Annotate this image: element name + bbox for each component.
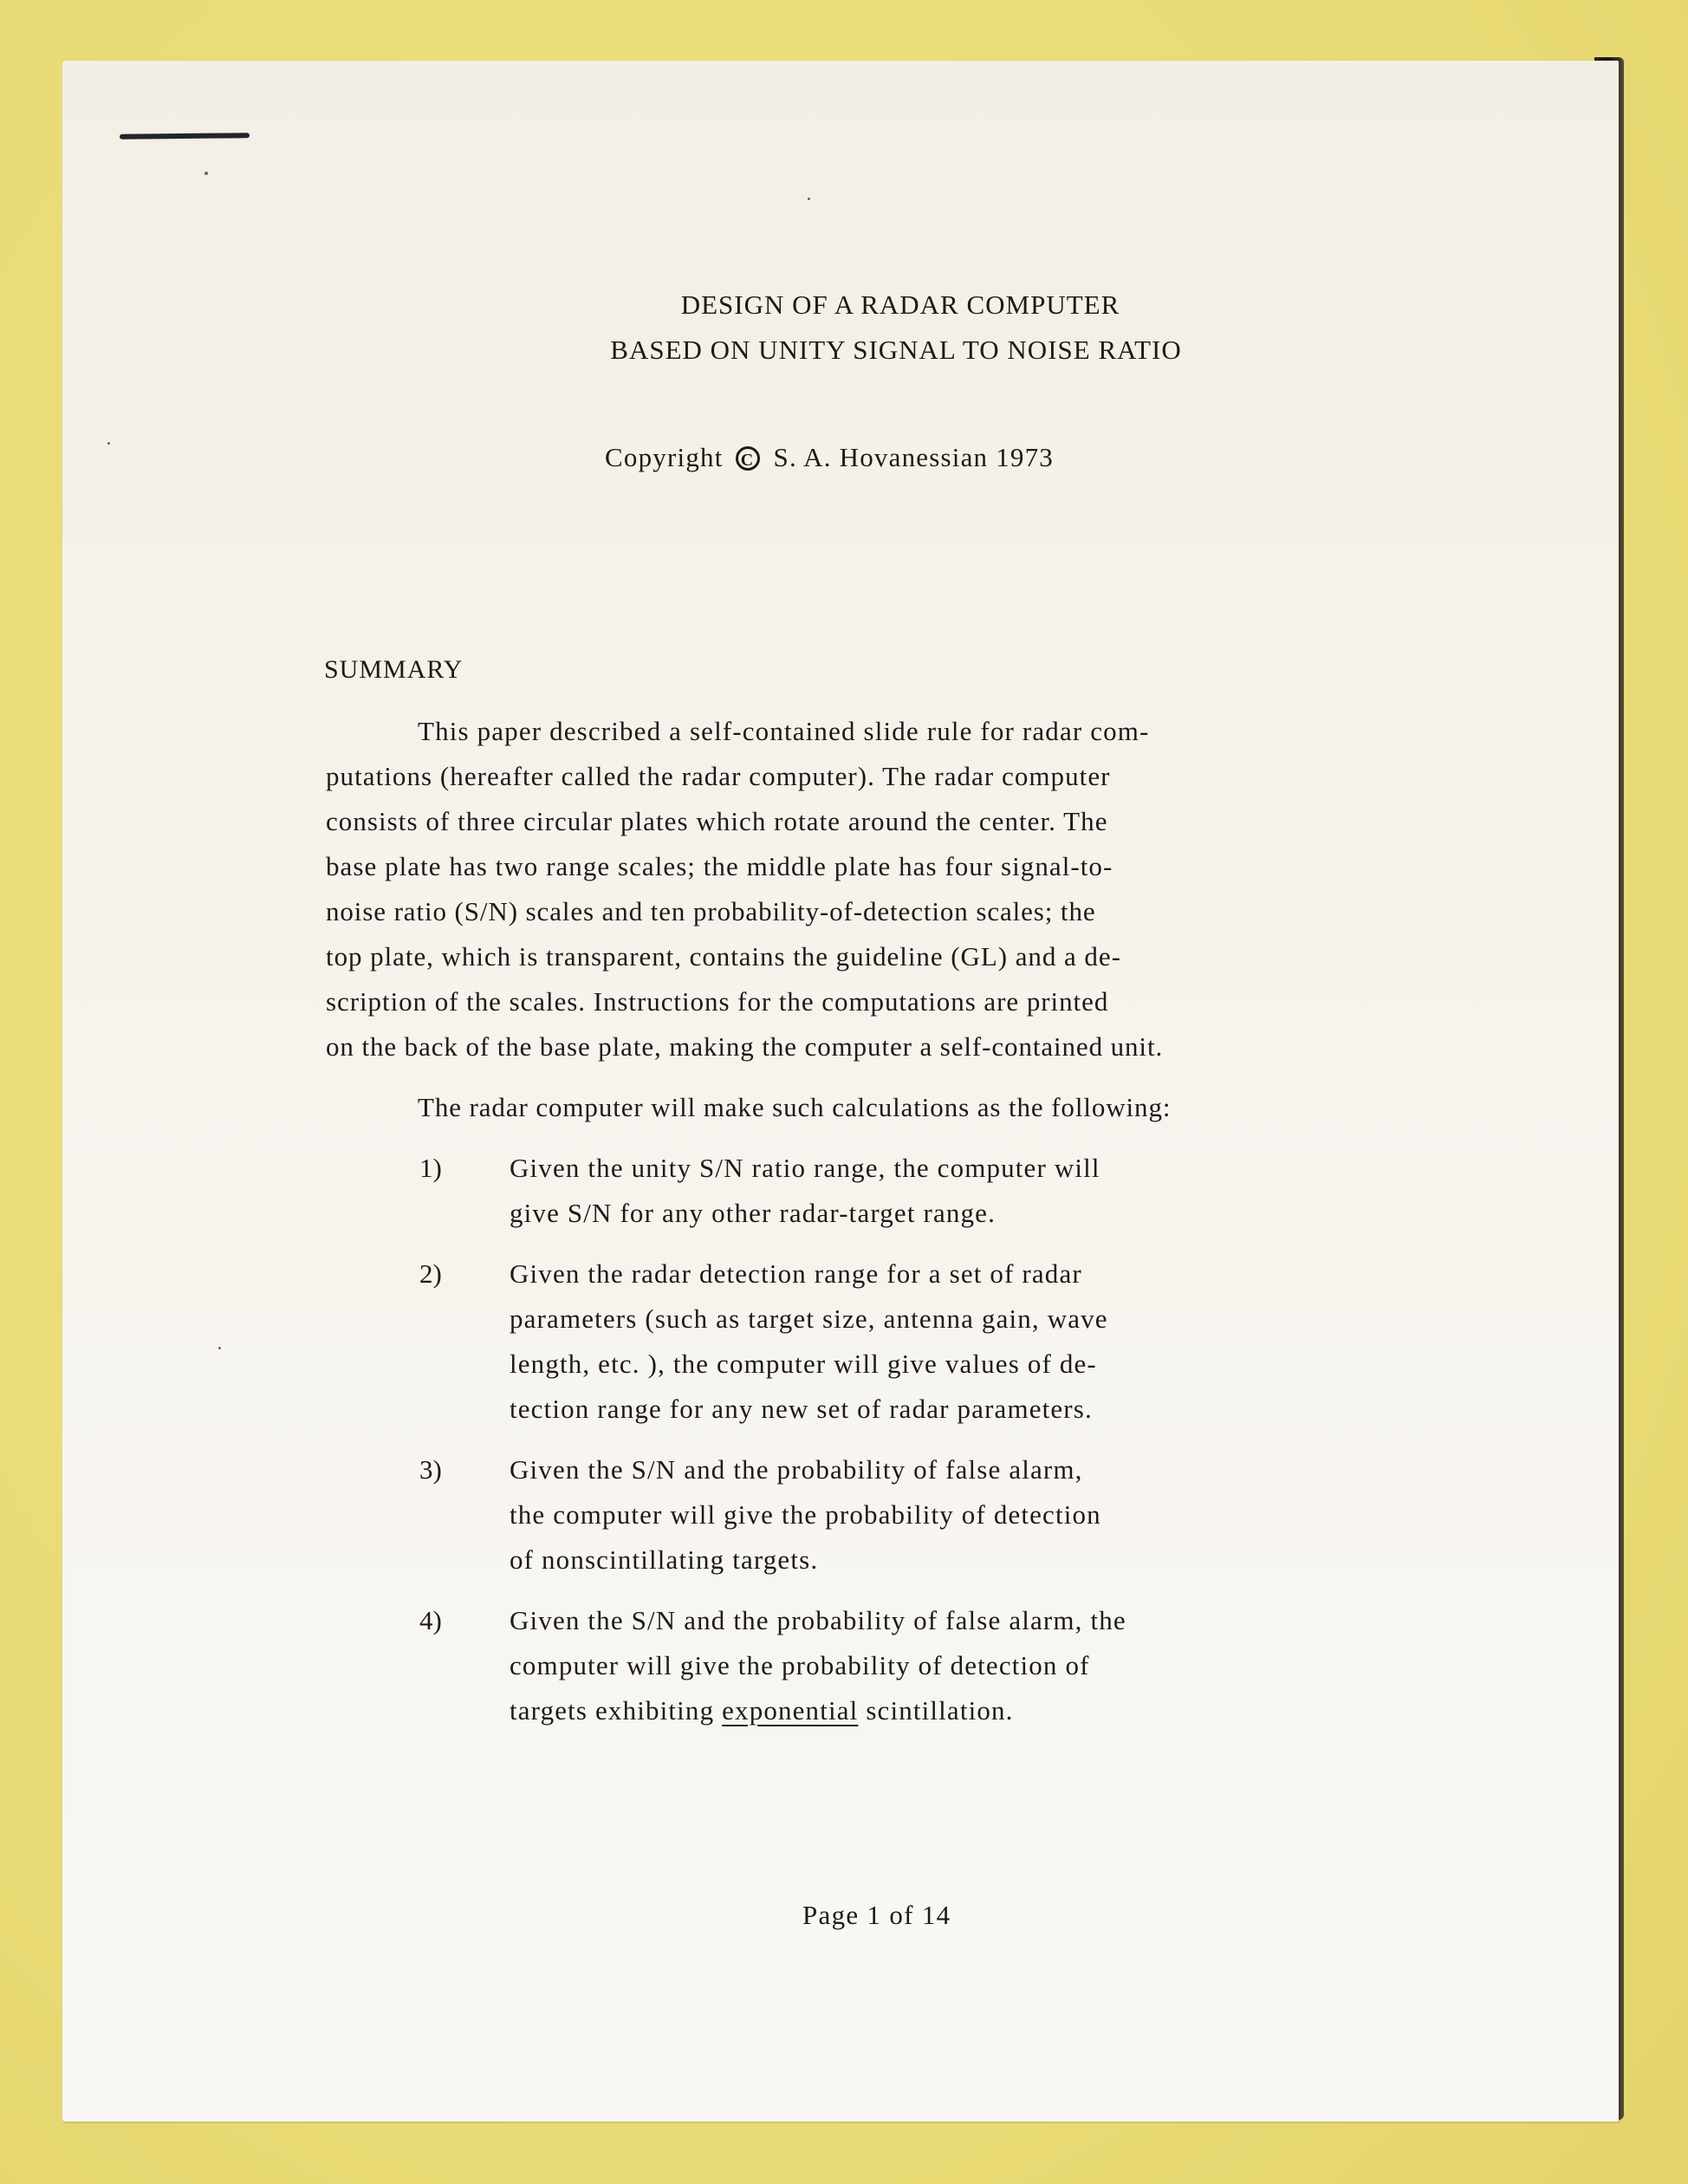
- list-item-line: computer will give the probability of de…: [510, 1650, 1090, 1681]
- list-item-line: Given the S/N and the probability of fal…: [510, 1605, 1126, 1636]
- list-item-number: 4): [419, 1605, 442, 1636]
- document-title-line-2: BASED ON UNITY SIGNAL TO NOISE RATIO: [0, 335, 1688, 366]
- summary-paragraph-line: consists of three circular plates which …: [326, 806, 1108, 837]
- list-item-number: 3): [419, 1454, 442, 1485]
- list-item-line: parameters (such as target size, antenna…: [510, 1303, 1108, 1335]
- summary-paragraph-line: This paper described a self-contained sl…: [418, 716, 1150, 747]
- summary-paragraph-line: top plate, which is transparent, contain…: [326, 941, 1121, 972]
- list-item-line: Given the S/N and the probability of fal…: [510, 1454, 1083, 1485]
- list-item-line: tection range for any new set of radar p…: [510, 1394, 1093, 1425]
- list-item-line: Given the radar detection range for a se…: [510, 1258, 1082, 1290]
- paper-speck: [205, 172, 208, 175]
- list-item-line-last: targets exhibiting exponential scintilla…: [510, 1695, 1014, 1726]
- page-number-footer: Page 1 of 14: [802, 1900, 951, 1931]
- list-item-line: the computer will give the probability o…: [510, 1499, 1101, 1531]
- summary-paragraph-line: on the back of the base plate, making th…: [326, 1031, 1163, 1063]
- paper-page: [62, 61, 1619, 2122]
- copyright-author-year: S. A. Hovanessian 1973: [774, 442, 1054, 472]
- paper-speck: [808, 198, 810, 200]
- list-item-line: Given the unity S/N ratio range, the com…: [510, 1153, 1100, 1184]
- list-item-number: 1): [419, 1153, 442, 1184]
- summary-paragraph-line: scription of the scales. Instructions fo…: [326, 986, 1108, 1017]
- summary-paragraph-line: noise ratio (S/N) scales and ten probabi…: [326, 896, 1096, 927]
- list-item-number: 2): [419, 1258, 442, 1290]
- summary-heading: SUMMARY: [324, 655, 463, 685]
- summary-paragraph-line: putations (hereafter called the radar co…: [326, 761, 1111, 792]
- calculations-intro: The radar computer will make such calcul…: [418, 1092, 1171, 1123]
- document-title-line-1: DESIGN OF A RADAR COMPUTER: [0, 289, 1688, 321]
- underlined-word: exponential: [722, 1695, 858, 1726]
- list-item-line: give S/N for any other radar-target rang…: [510, 1198, 996, 1229]
- paper-speck: [218, 1347, 221, 1349]
- text-before-emphasis: targets exhibiting: [510, 1695, 722, 1726]
- list-item-line: length, etc. ), the computer will give v…: [510, 1349, 1097, 1380]
- list-item-line: of nonscintillating targets.: [510, 1544, 818, 1576]
- copyright-line: CopyrightCS. A. Hovanessian 1973: [605, 442, 1054, 473]
- summary-paragraph-line: base plate has two range scales; the mid…: [326, 851, 1113, 882]
- paper-speck: [107, 442, 110, 445]
- text-after-emphasis: scintillation.: [858, 1695, 1013, 1726]
- copyright-label: Copyright: [605, 442, 724, 472]
- copyright-symbol-icon: C: [736, 446, 760, 471]
